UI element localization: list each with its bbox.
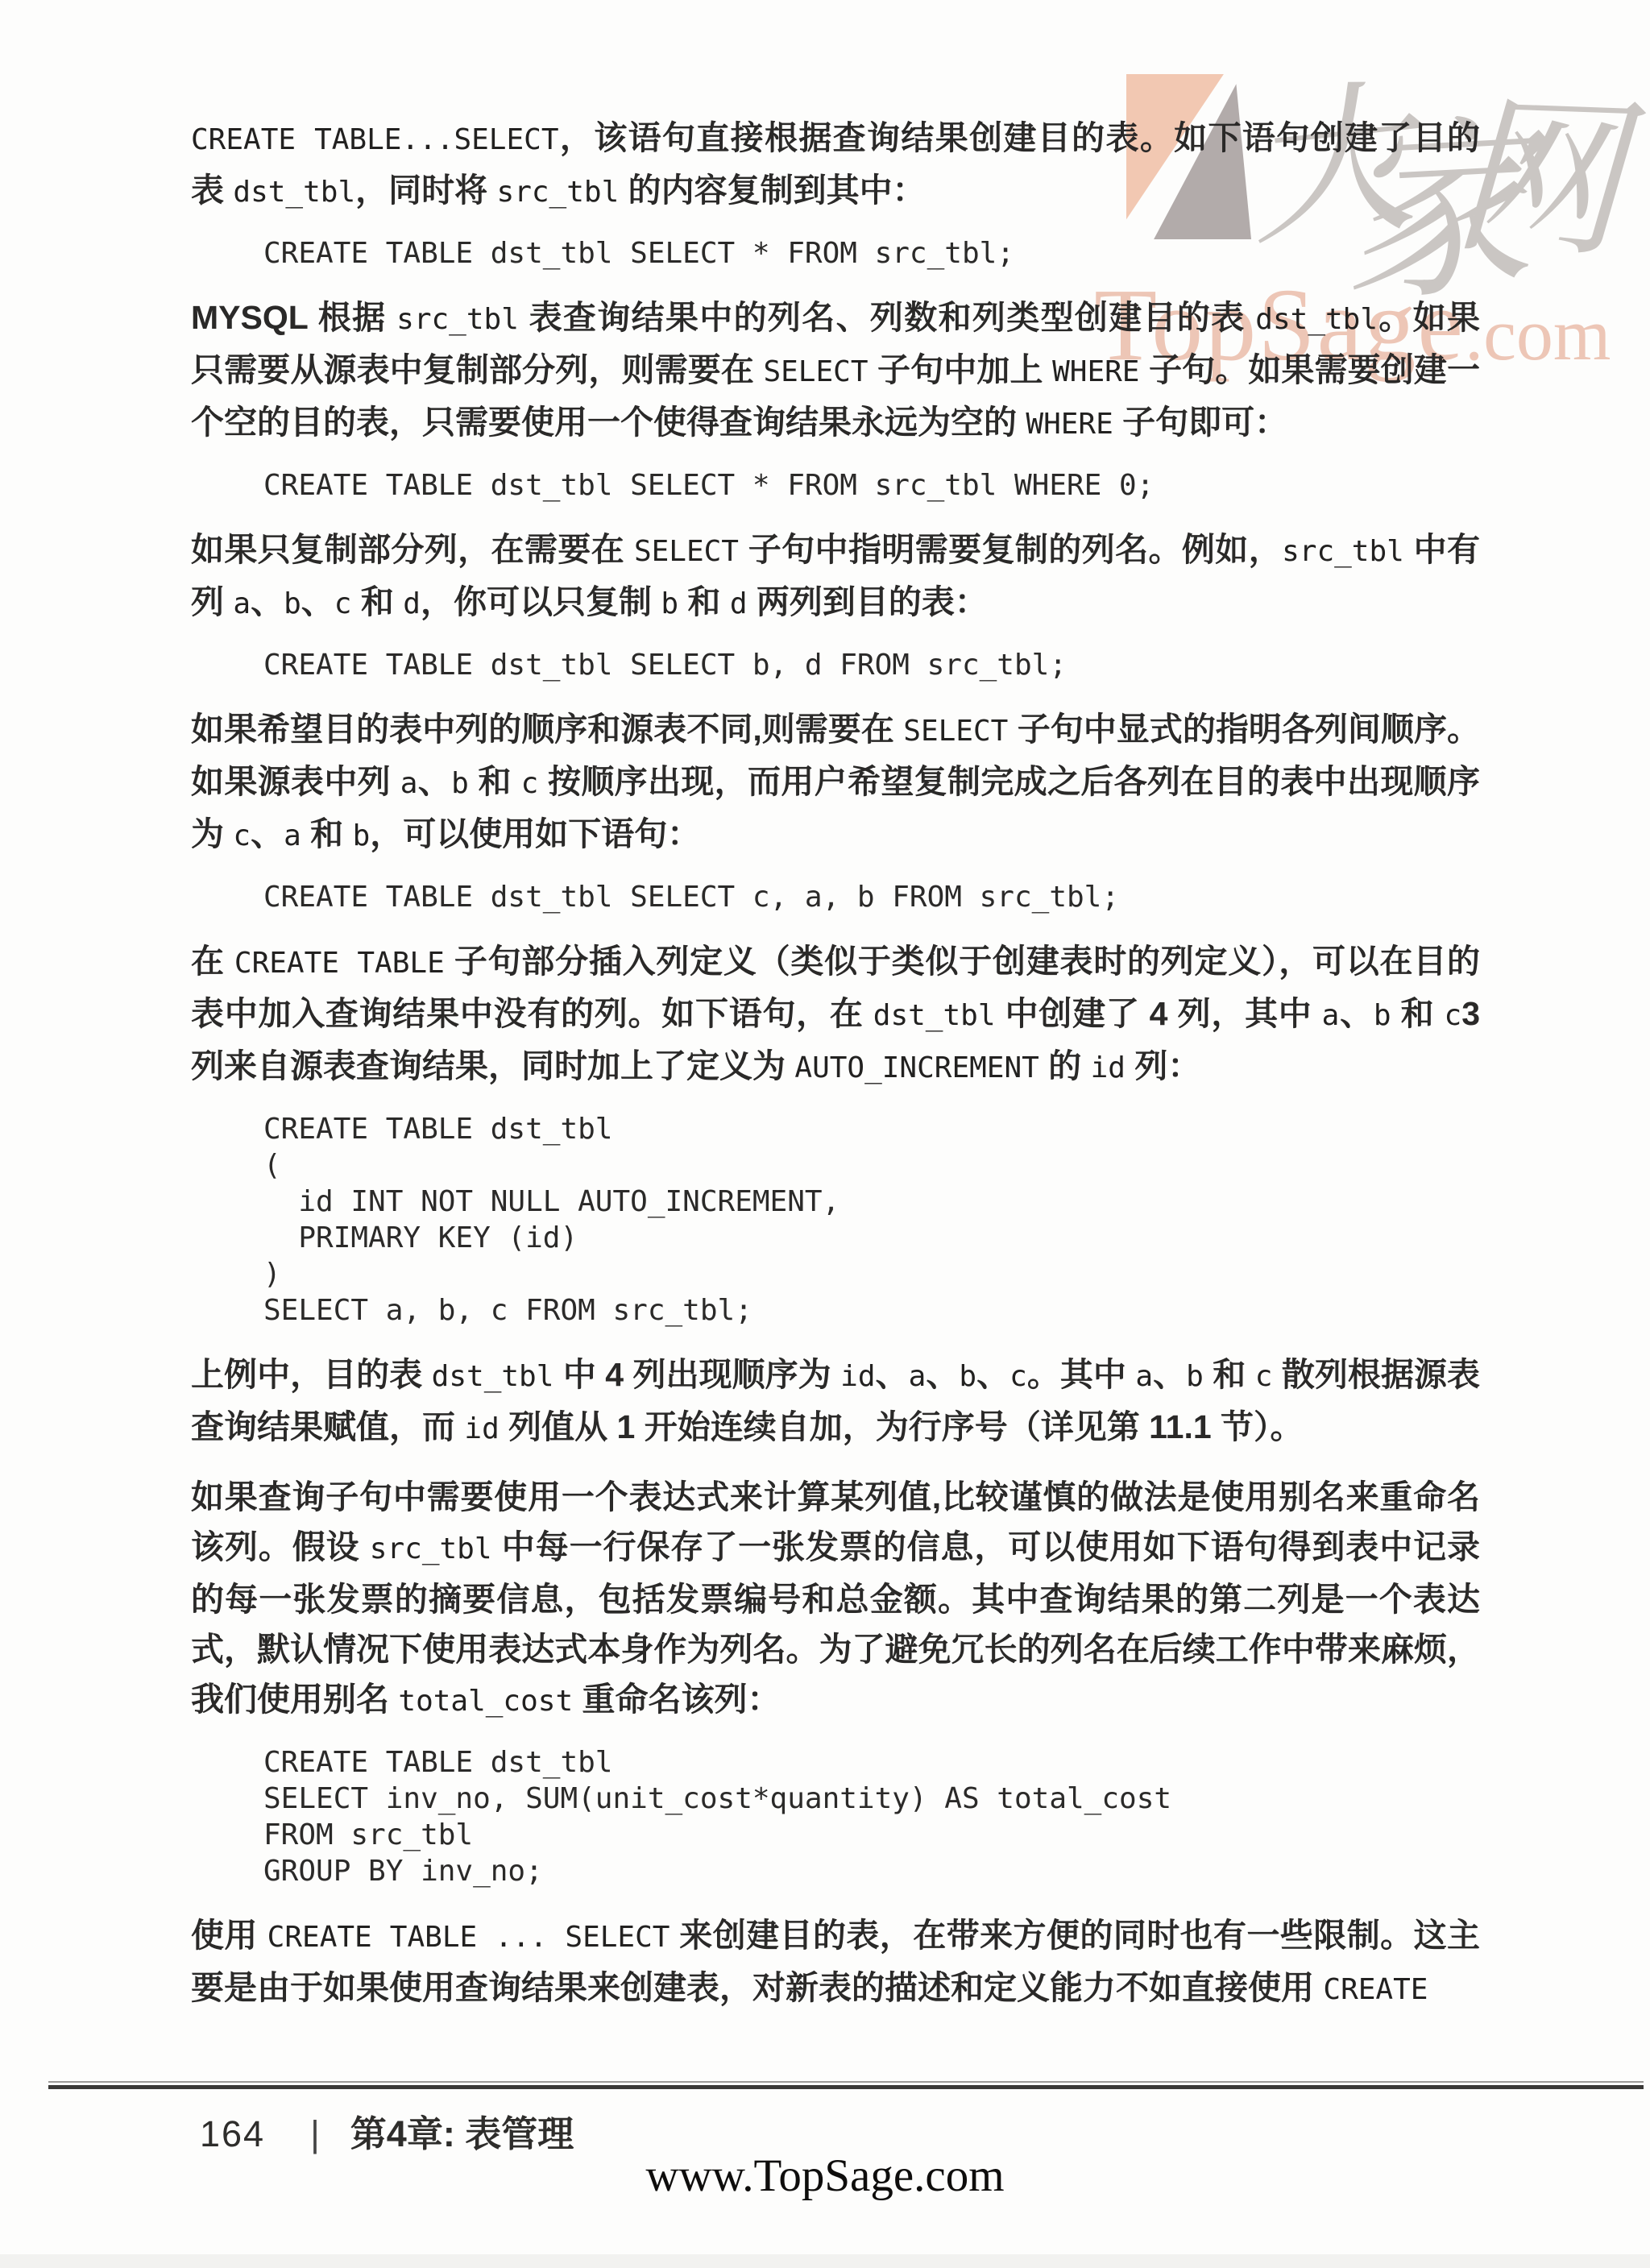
inline-code: src_tbl [396, 303, 519, 336]
inline-code: SELECT [634, 535, 739, 568]
text-run: 、 [301, 583, 334, 620]
inline-code: b [959, 1360, 976, 1393]
inline-code: id [840, 1360, 875, 1393]
footer-rule [48, 2085, 1644, 2089]
text-run: 、 [926, 1356, 959, 1393]
text-run: 和 [351, 583, 403, 620]
code-block: CREATE TABLE dst_tbl ( id INT NOT NULL A… [263, 1111, 1480, 1329]
inline-code: c [1255, 1360, 1273, 1393]
inline-code: a [909, 1360, 927, 1393]
inline-code: a [400, 767, 418, 800]
inline-code: a [1135, 1360, 1153, 1393]
paragraph: 上例中，目的表 dst_tbl 中 4 列出现顺序为 id、a、b、c。其中 a… [191, 1350, 1480, 1454]
footer-watermark-url: www.TopSage.com [0, 2150, 1650, 2202]
code-block: CREATE TABLE dst_tbl SELECT inv_no, SUM(… [263, 1744, 1480, 1889]
text-run: 列值从 1 开始连续自加，为行序号（详见第 11.1 节）。 [500, 1408, 1304, 1445]
inline-code: CREATE TABLE ... SELECT [267, 1921, 670, 1954]
text-run: 重命名该列： [573, 1681, 780, 1718]
text-run: 列： [1126, 1047, 1200, 1084]
text-run: 、 [251, 583, 284, 620]
paragraph: 如果只复制部分列，在需要在 SELECT 子句中指明需要复制的列名。例如，src… [191, 525, 1480, 629]
text-run: 。其中 [1027, 1356, 1136, 1393]
text-run: 和 [1391, 995, 1445, 1032]
inline-code: AUTO_INCREMENT [794, 1051, 1039, 1084]
paragraph: 在 CREATE TABLE 子句部分插入列定义（类似于类似于创建表时的列定义）… [191, 936, 1480, 1093]
text-run: 两列到目的表： [748, 583, 988, 620]
text-run: 如果只复制部分列，在需要在 [191, 531, 634, 568]
inline-code: b [1186, 1360, 1204, 1393]
text-run: 和 [678, 583, 730, 620]
paragraph: 如果查询子句中需要使用一个表达式来计算某列值,比较谨慎的做法是使用别名来重命名该… [191, 1472, 1480, 1727]
code-block: CREATE TABLE dst_tbl SELECT * FROM src_t… [263, 467, 1480, 504]
inline-code: CREATE [1323, 1973, 1428, 2006]
text-run: 和 [469, 763, 521, 800]
paragraph: CREATE TABLE...SELECT，该语句直接根据查询结果创建目的表。如… [191, 113, 1480, 218]
code-block: CREATE TABLE dst_tbl SELECT b, d FROM sr… [263, 647, 1480, 683]
topsage-text-suffix: .com [1465, 293, 1611, 375]
inline-code: d [403, 587, 421, 620]
inline-code: b [661, 587, 678, 620]
scan-bottom-edge [0, 2254, 1650, 2268]
inline-code: dst_tbl [873, 999, 996, 1032]
text-run: 、 [251, 815, 284, 852]
text-run: 子句中指明需要复制的列名。例如， [739, 531, 1282, 568]
inline-code: id [464, 1412, 499, 1445]
inline-code: CREATE TABLE [234, 947, 445, 980]
inline-code: dst_tbl [1255, 303, 1378, 336]
inline-code: b [1374, 999, 1391, 1032]
inline-code: dst_tbl [233, 176, 355, 209]
text-run: 子句中加上 [869, 351, 1053, 388]
text-run: 上例中，目的表 [191, 1356, 432, 1393]
text-run: 表查询结果中的列名、列数和列类型创建目的表 [519, 299, 1255, 336]
inline-code: CREATE TABLE...SELECT [191, 123, 559, 156]
text-run: 使用 [191, 1917, 267, 1954]
paragraph: 如果希望目的表中列的顺序和源表不同,则需要在 SELECT 子句中显式的指明各列… [191, 704, 1480, 861]
inline-code: src_tbl [497, 176, 620, 209]
text-run: 和 [301, 815, 353, 852]
inline-code: b [451, 767, 469, 800]
inline-code: WHERE [1026, 408, 1113, 441]
text-run: 的 [1039, 1047, 1091, 1084]
inline-code: c [334, 587, 352, 620]
text-run: 、 [976, 1356, 1009, 1393]
text-run: 中创建了 4 列，其中 [996, 995, 1322, 1032]
text-run: 子句即可： [1113, 404, 1287, 441]
text-run: 如果希望目的表中列的顺序和源表不同,则需要在 [191, 711, 903, 748]
text-run: 、 [1339, 995, 1373, 1032]
inline-code: src_tbl [1282, 535, 1404, 568]
inline-code: a [284, 819, 301, 852]
paragraph: 使用 CREATE TABLE ... SELECT 来创建目的表，在带来方便的… [191, 1910, 1480, 2015]
text-run: 、 [1153, 1356, 1186, 1393]
text-run: ，可以使用如下语句： [370, 815, 700, 852]
code-block: CREATE TABLE dst_tbl SELECT * FROM src_t… [263, 235, 1480, 272]
inline-code: c [521, 767, 539, 800]
text-run: MYSQL 根据 [191, 299, 396, 336]
text-run: 、 [876, 1356, 909, 1393]
inline-code: id [1091, 1051, 1126, 1084]
inline-code: c [1009, 1360, 1027, 1393]
inline-code: src_tbl [370, 1532, 492, 1565]
text-run: 在 [191, 943, 234, 980]
inline-code: b [353, 819, 371, 852]
inline-code: total_cost [398, 1685, 573, 1718]
inline-code: c [1445, 999, 1462, 1032]
inline-code: dst_tbl [432, 1360, 554, 1393]
text-run: ，你可以只复制 [421, 583, 661, 620]
inline-code: d [730, 587, 748, 620]
inline-code: SELECT [903, 715, 1008, 748]
code-block: CREATE TABLE dst_tbl SELECT c, a, b FROM… [263, 879, 1480, 915]
text-run: 中 4 列出现顺序为 [553, 1356, 840, 1393]
footer-rule-thin [48, 2081, 1644, 2083]
content: CREATE TABLE...SELECT，该语句直接根据查询结果创建目的表。如… [191, 113, 1480, 2033]
inline-code: WHERE [1052, 355, 1139, 388]
inline-code: a [233, 587, 251, 620]
paragraph: MYSQL 根据 src_tbl 表查询结果中的列名、列数和列类型创建目的表 d… [191, 292, 1480, 450]
inline-code: a [1322, 999, 1340, 1032]
scanned-book-page: 大 家 网 TopSage.com CREATE TABLE...SELECT，… [0, 0, 1650, 2268]
text-run: 和 [1204, 1356, 1255, 1393]
text-run: ，同时将 [355, 172, 496, 209]
inline-code: SELECT [763, 355, 868, 388]
text-run: 、 [417, 763, 451, 800]
inline-code: b [284, 587, 301, 620]
text-run: 的内容复制到其中： [619, 172, 925, 209]
inline-code: c [233, 819, 251, 852]
